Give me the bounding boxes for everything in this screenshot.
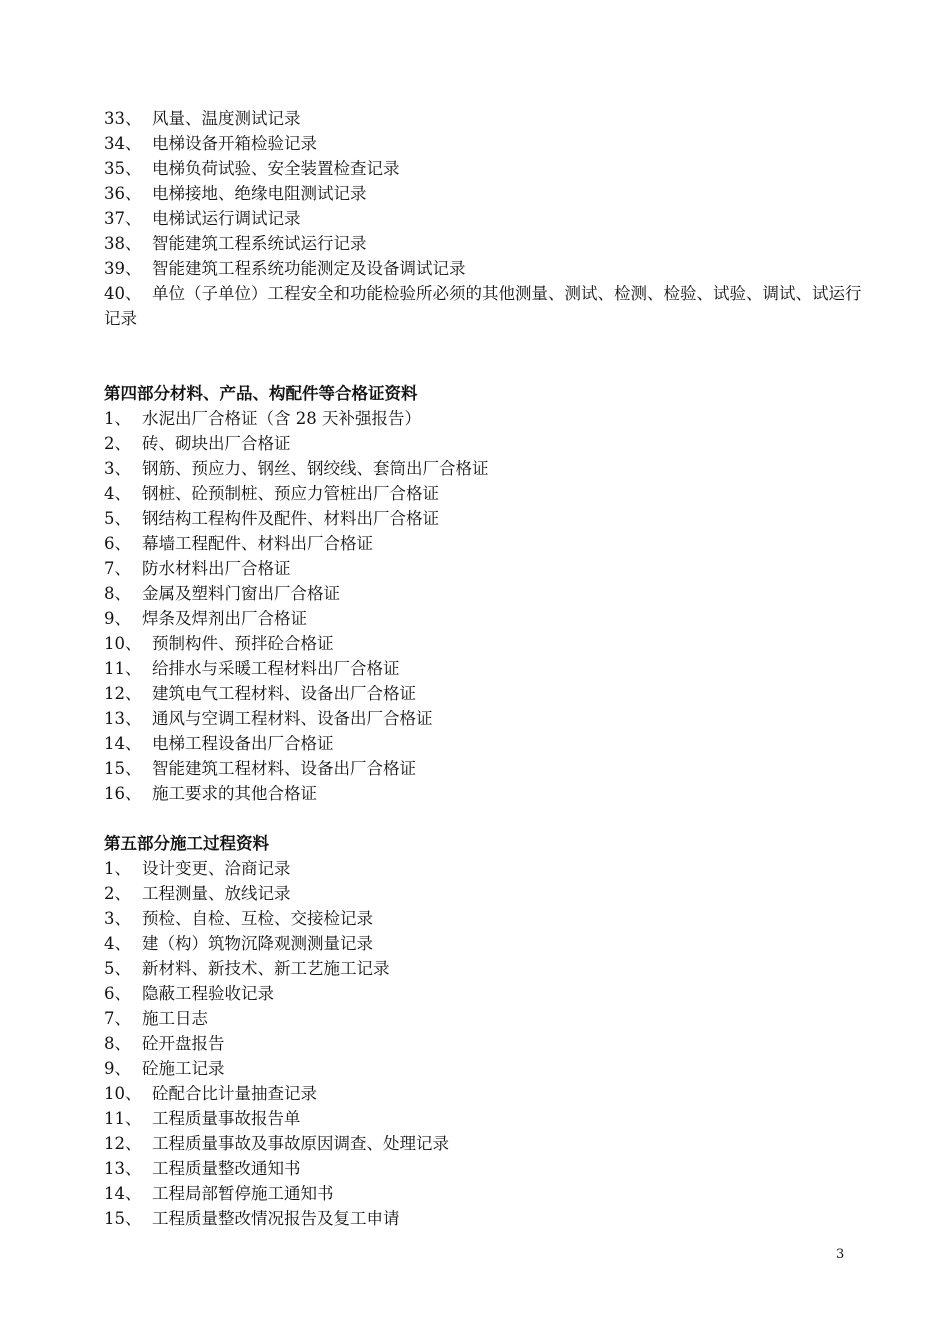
list-item: 13、工程质量整改通知书: [104, 1156, 864, 1181]
item-number: 4、: [104, 931, 142, 956]
item-text: 施工要求的其他合格证: [152, 784, 317, 803]
item-text: 智能建筑工程材料、设备出厂合格证: [152, 759, 416, 778]
list-item: 13、通风与空调工程材料、设备出厂合格证: [104, 706, 864, 731]
item-number: 40、: [104, 281, 152, 306]
list-item: 10、砼配合比计量抽查记录: [104, 1081, 864, 1106]
list-item: 4、钢桩、砼预制桩、预应力管桩出厂合格证: [104, 481, 864, 506]
list-item: 6、隐蔽工程验收记录: [104, 981, 864, 1006]
list-item: 15、工程质量整改情况报告及复工申请: [104, 1206, 864, 1231]
item-number: 5、: [104, 956, 142, 981]
item-text: 预检、自检、互检、交接检记录: [142, 909, 373, 928]
item-text: 新材料、新技术、新工艺施工记录: [142, 959, 390, 978]
item-text: 智能建筑工程系统试运行记录: [152, 234, 367, 253]
item-text: 砖、砌块出厂合格证: [142, 434, 291, 453]
section5-title: 第五部分施工过程资料: [104, 831, 864, 856]
item-text: 金属及塑料门窗出厂合格证: [142, 584, 340, 603]
item-text: 砼施工记录: [142, 1059, 225, 1078]
item-text: 设计变更、洽商记录: [142, 859, 291, 878]
list-item: 2、工程测量、放线记录: [104, 881, 864, 906]
item-number: 7、: [104, 556, 142, 581]
item-text: 智能建筑工程系统功能测定及设备调试记录: [152, 259, 466, 278]
list-item: 35、电梯负荷试验、安全装置检查记录: [104, 156, 864, 181]
item-number: 8、: [104, 1031, 142, 1056]
item-text: 砼开盘报告: [142, 1034, 225, 1053]
list-item: 1、水泥出厂合格证（含 28 天补强报告）: [104, 406, 864, 431]
item-text: 钢结构工程构件及配件、材料出厂合格证: [142, 509, 439, 528]
section4-title: 第四部分材料、产品、构配件等合格证资料: [104, 381, 864, 406]
item-text: 焊条及焊剂出厂合格证: [142, 609, 307, 628]
item-number: 38、: [104, 231, 152, 256]
item-text: 工程质量事故及事故原因调查、处理记录: [152, 1134, 449, 1153]
item-text: 钢筋、预应力、钢丝、钢绞线、套筒出厂合格证: [142, 459, 489, 478]
item-text: 通风与空调工程材料、设备出厂合格证: [152, 709, 433, 728]
item-number: 13、: [104, 706, 152, 731]
item-number: 1、: [104, 406, 142, 431]
item-number: 15、: [104, 1206, 152, 1231]
item-number: 33、: [104, 106, 152, 131]
item-text: 防水材料出厂合格证: [142, 559, 291, 578]
list-item: 37、电梯试运行调试记录: [104, 206, 864, 231]
item-text: 工程质量事故报告单: [152, 1109, 301, 1128]
item-number: 11、: [104, 1106, 152, 1131]
item-number: 35、: [104, 156, 152, 181]
item-number: 10、: [104, 1081, 152, 1106]
list-item: 8、砼开盘报告: [104, 1031, 864, 1056]
list-item: 7、施工日志: [104, 1006, 864, 1031]
list-item: 2、砖、砌块出厂合格证: [104, 431, 864, 456]
item-text: 工程测量、放线记录: [142, 884, 291, 903]
list-item: 9、砼施工记录: [104, 1056, 864, 1081]
item-number: 7、: [104, 1006, 142, 1031]
item-text: 风量、温度测试记录: [152, 109, 301, 128]
spacer: [104, 806, 864, 831]
list-item: 14、工程局部暂停施工通知书: [104, 1181, 864, 1206]
item-number: 1、: [104, 856, 142, 881]
list-item: 39、智能建筑工程系统功能测定及设备调试记录: [104, 256, 864, 281]
item-number: 39、: [104, 256, 152, 281]
item-text: 水泥出厂合格证（含 28 天补强报告）: [142, 409, 421, 428]
item-text: 工程局部暂停施工通知书: [152, 1184, 334, 1203]
spacer: [104, 331, 864, 381]
section4-list: 1、水泥出厂合格证（含 28 天补强报告）2、砖、砌块出厂合格证3、钢筋、预应力…: [104, 406, 864, 806]
list-item: 40、单位（子单位）工程安全和功能检验所必须的其他测量、测试、检测、检验、试验、…: [104, 281, 864, 331]
list-item: 9、焊条及焊剂出厂合格证: [104, 606, 864, 631]
item-text: 建（构）筑物沉降观测测量记录: [142, 934, 373, 953]
item-text: 隐蔽工程验收记录: [142, 984, 274, 1003]
item-number: 14、: [104, 1181, 152, 1206]
list-item: 34、电梯设备开箱检验记录: [104, 131, 864, 156]
list-item: 3、预检、自检、互检、交接检记录: [104, 906, 864, 931]
list-item: 4、建（构）筑物沉降观测测量记录: [104, 931, 864, 956]
item-text: 幕墙工程配件、材料出厂合格证: [142, 534, 373, 553]
list-item: 5、钢结构工程构件及配件、材料出厂合格证: [104, 506, 864, 531]
list-item: 14、电梯工程设备出厂合格证: [104, 731, 864, 756]
item-text: 钢桩、砼预制桩、预应力管桩出厂合格证: [142, 484, 439, 503]
item-number: 3、: [104, 456, 142, 481]
item-number: 14、: [104, 731, 152, 756]
item-number: 6、: [104, 531, 142, 556]
item-number: 6、: [104, 981, 142, 1006]
item-number: 10、: [104, 631, 152, 656]
item-number: 4、: [104, 481, 142, 506]
item-number: 15、: [104, 756, 152, 781]
item-text: 工程质量整改情况报告及复工申请: [152, 1209, 400, 1228]
continued-list: 33、风量、温度测试记录34、电梯设备开箱检验记录35、电梯负荷试验、安全装置检…: [104, 106, 864, 331]
item-text: 电梯接地、绝缘电阻测试记录: [152, 184, 367, 203]
item-text: 建筑电气工程材料、设备出厂合格证: [152, 684, 416, 703]
list-item: 3、钢筋、预应力、钢丝、钢绞线、套筒出厂合格证: [104, 456, 864, 481]
item-number: 5、: [104, 506, 142, 531]
item-text: 电梯工程设备出厂合格证: [152, 734, 334, 753]
document-page: 33、风量、温度测试记录34、电梯设备开箱检验记录35、电梯负荷试验、安全装置检…: [104, 106, 864, 1231]
item-text: 电梯试运行调试记录: [152, 209, 301, 228]
list-item: 16、施工要求的其他合格证: [104, 781, 864, 806]
item-text: 单位（子单位）工程安全和功能检验所必须的其他测量、测试、检测、检验、试验、调试、…: [104, 284, 862, 328]
list-item: 36、电梯接地、绝缘电阻测试记录: [104, 181, 864, 206]
item-number: 12、: [104, 1131, 152, 1156]
item-text: 砼配合比计量抽查记录: [152, 1084, 317, 1103]
list-item: 11、给排水与采暖工程材料出厂合格证: [104, 656, 864, 681]
item-number: 37、: [104, 206, 152, 231]
section5-list: 1、设计变更、洽商记录2、工程测量、放线记录3、预检、自检、互检、交接检记录4、…: [104, 856, 864, 1231]
item-text: 给排水与采暖工程材料出厂合格证: [152, 659, 400, 678]
item-number: 2、: [104, 431, 142, 456]
item-number: 12、: [104, 681, 152, 706]
list-item: 8、金属及塑料门窗出厂合格证: [104, 581, 864, 606]
item-text: 预制构件、预拌砼合格证: [152, 634, 334, 653]
item-text: 施工日志: [142, 1009, 208, 1028]
item-text: 电梯设备开箱检验记录: [152, 134, 317, 153]
list-item: 5、新材料、新技术、新工艺施工记录: [104, 956, 864, 981]
item-number: 2、: [104, 881, 142, 906]
list-item: 1、设计变更、洽商记录: [104, 856, 864, 881]
list-item: 12、工程质量事故及事故原因调查、处理记录: [104, 1131, 864, 1156]
item-number: 16、: [104, 781, 152, 806]
list-item: 10、预制构件、预拌砼合格证: [104, 631, 864, 656]
item-text: 电梯负荷试验、安全装置检查记录: [152, 159, 400, 178]
item-number: 3、: [104, 906, 142, 931]
list-item: 7、防水材料出厂合格证: [104, 556, 864, 581]
list-item: 6、幕墙工程配件、材料出厂合格证: [104, 531, 864, 556]
item-text: 工程质量整改通知书: [152, 1159, 301, 1178]
list-item: 12、建筑电气工程材料、设备出厂合格证: [104, 681, 864, 706]
item-number: 36、: [104, 181, 152, 206]
page-number: 3: [836, 1247, 844, 1262]
list-item: 38、智能建筑工程系统试运行记录: [104, 231, 864, 256]
list-item: 33、风量、温度测试记录: [104, 106, 864, 131]
item-number: 11、: [104, 656, 152, 681]
item-number: 9、: [104, 606, 142, 631]
item-number: 8、: [104, 581, 142, 606]
item-number: 13、: [104, 1156, 152, 1181]
list-item: 15、智能建筑工程材料、设备出厂合格证: [104, 756, 864, 781]
list-item: 11、工程质量事故报告单: [104, 1106, 864, 1131]
item-number: 9、: [104, 1056, 142, 1081]
item-number: 34、: [104, 131, 152, 156]
